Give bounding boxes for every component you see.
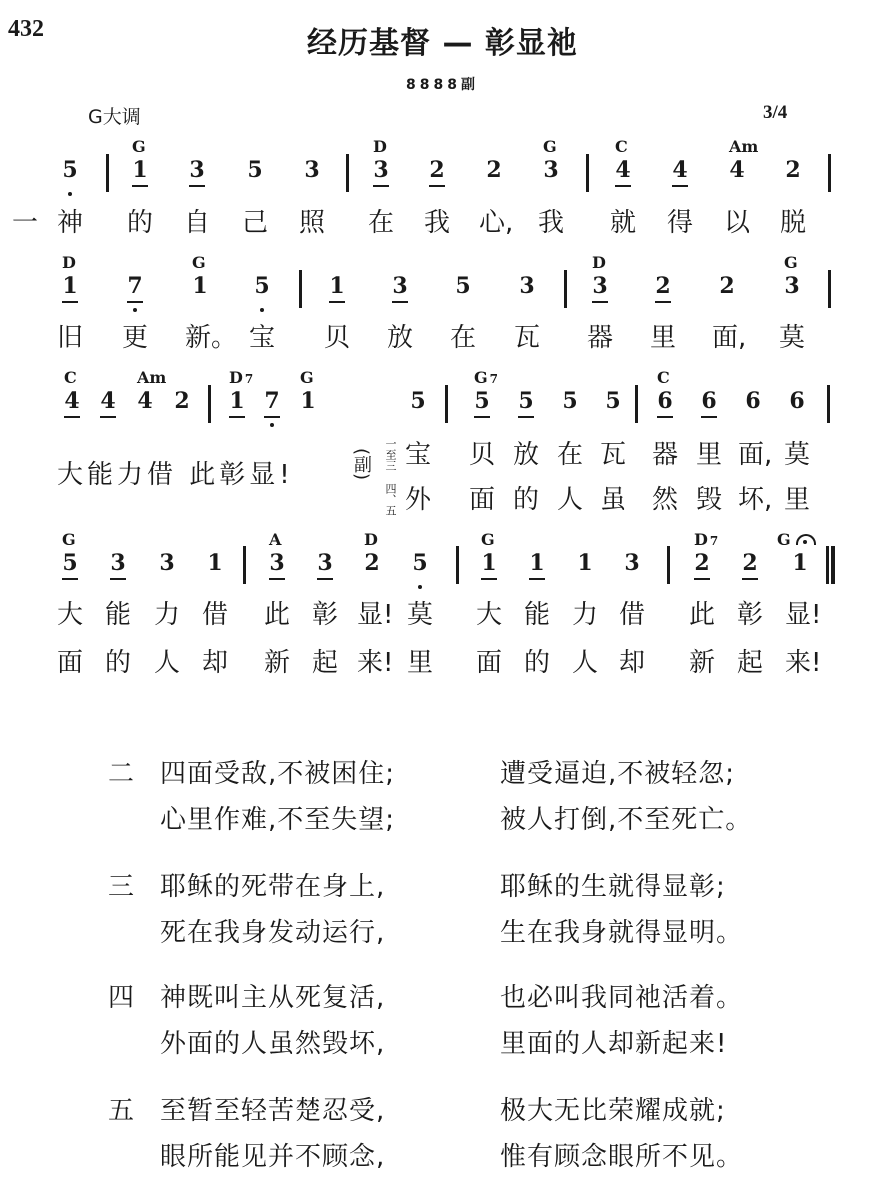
note: 1 bbox=[525, 550, 549, 576]
note: 4 bbox=[60, 388, 84, 414]
verse-line: 耶稣的生就得显彰; bbox=[500, 866, 726, 903]
verse-line: 也必叫我同祂活着。 bbox=[500, 977, 743, 1014]
lyric-syllable: 大 bbox=[55, 600, 85, 630]
note: 4 bbox=[96, 388, 120, 414]
chord-symbol: D bbox=[592, 253, 606, 272]
verse-number: 二 bbox=[108, 753, 134, 790]
lyric-syllable: 能 bbox=[103, 600, 133, 630]
note: 6 bbox=[697, 388, 721, 414]
verse-number: 一 bbox=[12, 208, 38, 238]
barline bbox=[586, 154, 589, 192]
verse-line: 生在我身就得显明。 bbox=[500, 912, 743, 949]
lyric-syllable: 脱 bbox=[778, 208, 808, 238]
note: 2 bbox=[690, 550, 714, 576]
lyric-syllable: 却 bbox=[200, 648, 230, 678]
note: 2 bbox=[651, 273, 675, 299]
note: 6 bbox=[653, 388, 677, 414]
lyric-syllable: 来! bbox=[357, 648, 387, 678]
note: 2 bbox=[482, 157, 506, 183]
hymn-title: 经历基督 — 彰显祂 bbox=[0, 18, 885, 62]
lyric-syllable: 就 bbox=[608, 208, 638, 238]
verse-line: 眼所能见并不顾念, bbox=[160, 1136, 385, 1173]
lyric-syllable: 的 bbox=[522, 648, 552, 678]
lyric-syllable: 新 bbox=[262, 648, 292, 678]
chord-symbol: D bbox=[373, 137, 387, 156]
barline bbox=[828, 154, 831, 192]
lyric-syllable: 力 bbox=[570, 600, 600, 630]
chord-symbol: G bbox=[62, 530, 76, 549]
note: 4 bbox=[133, 388, 157, 414]
lyric-syllable: 力 bbox=[152, 600, 182, 630]
note: 1 bbox=[296, 388, 320, 414]
verse-line: 遭受逼迫,不被轻忽; bbox=[500, 753, 735, 790]
lyric-syllable: 莫 bbox=[405, 600, 435, 630]
note: 3 bbox=[155, 550, 179, 576]
lyric-syllable: 放 bbox=[511, 440, 541, 470]
note: 2 bbox=[170, 388, 194, 414]
lyric-syllable: 人 bbox=[152, 648, 182, 678]
chord-symbol: G bbox=[481, 530, 495, 549]
note: 6 bbox=[741, 388, 765, 414]
note: 3 bbox=[369, 157, 393, 183]
barline bbox=[667, 546, 670, 584]
chord-symbol: G bbox=[777, 530, 791, 549]
lyric-syllable: 照 bbox=[297, 208, 327, 238]
lyric-syllable: 虽 bbox=[598, 485, 628, 515]
lyric-syllable: 面 bbox=[467, 485, 497, 515]
verse-line: 神既叫主从死复活, bbox=[160, 977, 385, 1014]
note: 5 bbox=[601, 388, 625, 414]
lyric-syllable: 器 bbox=[650, 440, 680, 470]
barline bbox=[299, 270, 302, 308]
lyric-syllable: 然 bbox=[650, 485, 680, 515]
refrain-label: (副) bbox=[348, 448, 374, 480]
lyric-syllable: 此 bbox=[687, 600, 717, 630]
note: 7 bbox=[260, 388, 284, 414]
verse-line: 心里作难,不至失望; bbox=[160, 799, 395, 836]
lyric-syllable: 坏, bbox=[738, 485, 768, 515]
lyric-syllable: 大 bbox=[474, 600, 504, 630]
lyric-syllable: 毁 bbox=[694, 485, 724, 515]
chord-symbol: Am bbox=[729, 137, 758, 156]
note: 5 bbox=[243, 157, 267, 183]
note: 2 bbox=[738, 550, 762, 576]
note: 1 bbox=[203, 550, 227, 576]
lyric-syllable: 在 bbox=[555, 440, 585, 470]
chord-symbol: Am bbox=[137, 368, 166, 387]
barline bbox=[346, 154, 349, 192]
barline bbox=[827, 385, 830, 423]
note: 3 bbox=[300, 157, 324, 183]
lyric-syllable: 的 bbox=[103, 648, 133, 678]
lyric-syllable: 里 bbox=[405, 648, 435, 678]
lyric-syllable: 能 bbox=[522, 600, 552, 630]
chord-symbol: C bbox=[615, 137, 628, 156]
meter-label: 8888副 bbox=[0, 74, 885, 94]
lyric-syllable: 彰 bbox=[735, 600, 765, 630]
verse-line: 里面的人却新起来! bbox=[500, 1023, 727, 1060]
lyric-syllable: 面, bbox=[712, 323, 742, 353]
fermata-icon bbox=[796, 534, 816, 545]
chord-symbol: D7 bbox=[694, 530, 718, 549]
note: 1 bbox=[128, 157, 152, 183]
lyric-syllable: 宝 bbox=[247, 323, 277, 353]
note: 5 bbox=[558, 388, 582, 414]
refrain-verses-lower: 四、五 bbox=[384, 483, 396, 516]
barline bbox=[243, 546, 246, 584]
note: 5 bbox=[451, 273, 475, 299]
verse-line: 死在我身发动运行, bbox=[160, 912, 385, 949]
barline bbox=[456, 546, 459, 584]
barline bbox=[208, 385, 211, 423]
note: 2 bbox=[360, 550, 384, 576]
note: 7 bbox=[123, 273, 147, 299]
verse-number: 四 bbox=[108, 977, 134, 1014]
lyric-syllable: 里 bbox=[782, 485, 812, 515]
lyric-syllable: 我 bbox=[422, 208, 452, 238]
lyric-syllable: 己 bbox=[240, 208, 270, 238]
lyric-syllable: 起 bbox=[310, 648, 340, 678]
lyric-syllable: 面, bbox=[738, 440, 768, 470]
lyric-syllable: 的 bbox=[511, 485, 541, 515]
verse-line: 外面的人虽然毁坏, bbox=[160, 1023, 385, 1060]
chord-symbol: G bbox=[132, 137, 146, 156]
lyric-syllable: 神 bbox=[55, 208, 85, 238]
lyric-syllable: 新。 bbox=[185, 323, 215, 353]
lyric-syllable: 面 bbox=[55, 648, 85, 678]
note: 5 bbox=[514, 388, 538, 414]
chord-symbol: D7 bbox=[229, 368, 253, 387]
note: 5 bbox=[250, 273, 274, 299]
lyric-syllable: 在 bbox=[366, 208, 396, 238]
barline bbox=[828, 270, 831, 308]
verse-number: 三 bbox=[108, 866, 134, 903]
lyric-syllable: 心, bbox=[479, 208, 509, 238]
chord-symbol: D bbox=[62, 253, 76, 272]
lyric-syllable: 莫 bbox=[777, 323, 807, 353]
verse-number: 五 bbox=[108, 1090, 134, 1127]
note: 2 bbox=[425, 157, 449, 183]
lyric-syllable: 放 bbox=[385, 323, 415, 353]
lyric-syllable: 贝 bbox=[322, 323, 352, 353]
lyric-syllable: 莫 bbox=[782, 440, 812, 470]
lyric-syllable: 新 bbox=[687, 648, 717, 678]
note: 4 bbox=[611, 157, 635, 183]
note: 3 bbox=[780, 273, 804, 299]
note: 3 bbox=[588, 273, 612, 299]
lyric-syllable: 显! bbox=[357, 600, 387, 630]
note: 5 bbox=[406, 388, 430, 414]
lyric-syllable: 更 bbox=[120, 323, 150, 353]
key-signature: G大调 bbox=[88, 102, 141, 129]
chord-symbol: G bbox=[543, 137, 557, 156]
lyric-syllable: 的 bbox=[125, 208, 155, 238]
verse-line: 惟有顾念眼所不见。 bbox=[500, 1136, 743, 1173]
chord-symbol: G7 bbox=[474, 368, 498, 387]
note: 6 bbox=[785, 388, 809, 414]
lyric-syllable: 里 bbox=[694, 440, 724, 470]
note: 3 bbox=[515, 273, 539, 299]
chord-symbol: G bbox=[300, 368, 314, 387]
lyric-syllable: 此 bbox=[262, 600, 292, 630]
lyric-phrase: 大能力借 此彰显! bbox=[57, 460, 294, 490]
note: 1 bbox=[573, 550, 597, 576]
lyric-syllable: 外 bbox=[403, 485, 433, 515]
lyric-syllable: 得 bbox=[665, 208, 695, 238]
chord-symbol: D bbox=[364, 530, 378, 549]
note: 3 bbox=[185, 157, 209, 183]
note: 1 bbox=[188, 273, 212, 299]
lyric-syllable: 瓦 bbox=[512, 323, 542, 353]
barline bbox=[445, 385, 448, 423]
note: 4 bbox=[725, 157, 749, 183]
note: 5 bbox=[58, 550, 82, 576]
lyric-syllable: 贝 bbox=[467, 440, 497, 470]
note: 4 bbox=[668, 157, 692, 183]
lyric-syllable: 来! bbox=[785, 648, 815, 678]
verse-line: 耶稣的死带在身上, bbox=[160, 866, 385, 903]
note: 3 bbox=[620, 550, 644, 576]
note: 5 bbox=[470, 388, 494, 414]
note: 3 bbox=[106, 550, 130, 576]
lyric-syllable: 在 bbox=[448, 323, 478, 353]
lyric-syllable: 彰 bbox=[310, 600, 340, 630]
chord-symbol: C bbox=[657, 368, 670, 387]
chord-symbol: G bbox=[784, 253, 798, 272]
verse-line: 被人打倒,不至死亡。 bbox=[500, 799, 752, 836]
lyric-syllable: 我 bbox=[536, 208, 566, 238]
lyric-syllable: 借 bbox=[617, 600, 647, 630]
lyric-syllable: 人 bbox=[555, 485, 585, 515]
chord-symbol: G bbox=[192, 253, 206, 272]
barline bbox=[564, 270, 567, 308]
final-barline bbox=[826, 546, 835, 584]
chord-symbol: A bbox=[269, 530, 281, 549]
note: 3 bbox=[539, 157, 563, 183]
note: 3 bbox=[313, 550, 337, 576]
lyric-syllable: 却 bbox=[617, 648, 647, 678]
time-signature: 3/4 bbox=[763, 102, 787, 124]
note: 1 bbox=[788, 550, 812, 576]
note: 3 bbox=[265, 550, 289, 576]
lyric-syllable: 借 bbox=[200, 600, 230, 630]
note: 2 bbox=[781, 157, 805, 183]
verse-line: 极大无比荣耀成就; bbox=[500, 1090, 726, 1127]
note: 1 bbox=[225, 388, 249, 414]
refrain-verses-upper: 一至三 bbox=[384, 438, 396, 471]
lyric-syllable: 起 bbox=[735, 648, 765, 678]
note: 5 bbox=[408, 550, 432, 576]
note: 1 bbox=[325, 273, 349, 299]
lyric-syllable: 宝 bbox=[403, 440, 433, 470]
verse-line: 至暂至轻苦楚忍受, bbox=[160, 1090, 385, 1127]
note: 2 bbox=[715, 273, 739, 299]
note: 1 bbox=[477, 550, 501, 576]
lyric-syllable: 以 bbox=[722, 208, 752, 238]
lyric-syllable: 旧 bbox=[55, 323, 85, 353]
lyric-syllable: 面 bbox=[474, 648, 504, 678]
lyric-syllable: 里 bbox=[648, 323, 678, 353]
note: 1 bbox=[58, 273, 82, 299]
lyric-syllable: 显! bbox=[785, 600, 815, 630]
lyric-syllable: 瓦 bbox=[598, 440, 628, 470]
note: 3 bbox=[388, 273, 412, 299]
verse-line: 四面受敌,不被困住; bbox=[160, 753, 395, 790]
lyric-syllable: 自 bbox=[182, 208, 212, 238]
note: 5 bbox=[58, 157, 82, 183]
barline bbox=[635, 385, 638, 423]
lyric-syllable: 器 bbox=[585, 323, 615, 353]
lyric-syllable: 人 bbox=[570, 648, 600, 678]
barline bbox=[106, 154, 109, 192]
chord-symbol: C bbox=[64, 368, 77, 387]
